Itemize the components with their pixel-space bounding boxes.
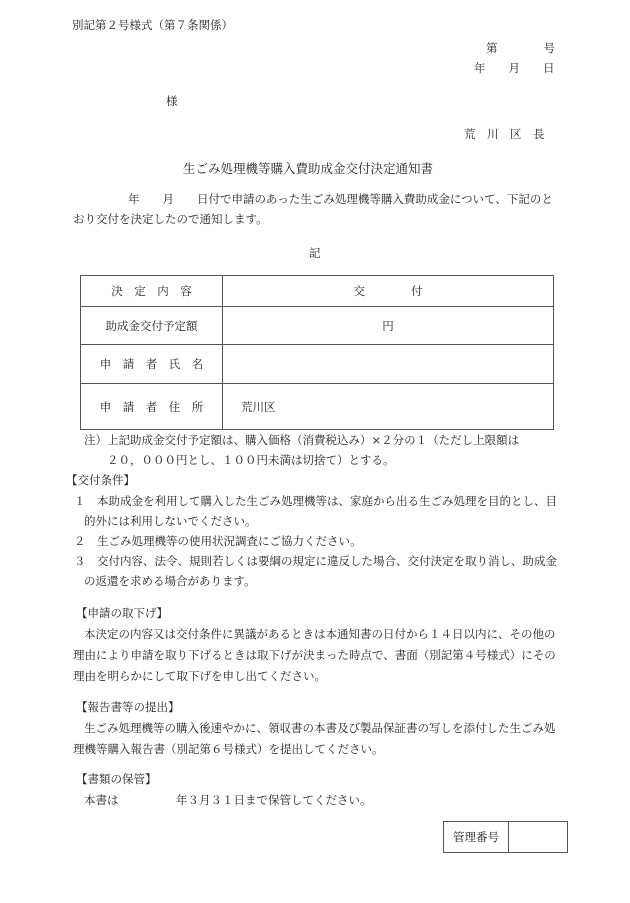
condition-3-line-2: の返還を求める場合があります。 [84,573,256,589]
withdrawal-line-1: 本決定の内容又は交付条件に異議があるときは本通知書の日付から１４日以内に、その他… [84,626,556,642]
report-heading: 【報告書等の提出】 [76,699,180,715]
conditions-heading: 【交付条件】 [66,472,135,488]
storage-heading: 【書類の保管】 [76,771,157,787]
report-line-1: 生ごみ処理機等の購入後速やかに、領収書の本書及び製品保証書の写しを添付した生ごみ… [84,720,556,736]
ki-label: 記 [309,245,321,261]
decision-table: 決 定 内 容 交 付 助成金交付予定額 円 申 請 者 氏 名 申 請 者 住… [80,275,554,430]
report-line-2: 理機等購入報告書（別記第６号様式）を提出してください。 [73,741,384,757]
table-row: 助成金交付予定額 円 [81,307,554,345]
row-value: 荒川区 [223,384,554,430]
row-value: 円 [223,307,554,345]
row-label: 申 請 者 住 所 [81,384,223,430]
form-label: 別記第２号様式（第７条関係） [72,17,233,33]
condition-3-line-1: ３ 交付内容、法令、規則若しくは要綱の規定に違反した場合、交付決定を取り消し、助… [74,553,557,569]
management-number-box: 管理番号 [443,821,568,853]
intro-line-2: おり交付を決定したので通知します。 [73,211,268,227]
row-value [223,345,554,384]
intro-line-1: 年 月 日付で申請のあった生ごみ処理機等購入費助成金について、下記のと [128,191,553,207]
withdrawal-line-2: 理由により申請を取り下げるときは取下げが決まった時点で、書面（別記第４号様式）に… [73,647,556,663]
document-date: 年 月 日 [474,60,555,76]
condition-2-line-1: ２ 生ごみ処理機等の使用状況調査にご協力ください。 [74,533,362,549]
row-label: 申 請 者 氏 名 [81,345,223,384]
withdrawal-line-3: 理由を明らかにして取下げを申し出てください。 [73,668,326,684]
management-number-field[interactable] [509,822,568,853]
table-row: 決 定 内 容 交 付 [81,276,554,307]
table-row: 申 請 者 氏 名 [81,345,554,384]
addressee-suffix: 様 [166,93,178,109]
management-number-label: 管理番号 [444,822,509,853]
condition-1-line-2: 的外には利用しないでください。 [84,513,257,529]
row-label: 助成金交付予定額 [81,307,223,345]
document-title: 生ごみ処理機等購入費助成金交付決定通知書 [183,159,433,177]
row-label: 決 定 内 容 [81,276,223,307]
storage-line: 本書は 年３月３１日まで保管してください。 [84,792,372,808]
note-line-1: 注）上記助成金交付予定額は、購入価格（消費税込み）×２分の１（ただし上限額は [84,432,519,448]
note-line-2: ２０，０００円とし、１００円未満は切捨て）とする。 [107,452,395,468]
issuer-name: 荒 川 区 長 [464,126,545,142]
table-row: 申 請 者 住 所 荒川区 [81,384,554,430]
condition-1-line-1: １ 本助成金を利用して購入した生ごみ処理機等は、家庭から出る生ごみ処理を目的とし… [74,493,557,509]
withdrawal-heading: 【申請の取下げ】 [76,605,168,621]
document-number: 第 号 [486,40,555,56]
row-value: 交 付 [223,276,554,307]
